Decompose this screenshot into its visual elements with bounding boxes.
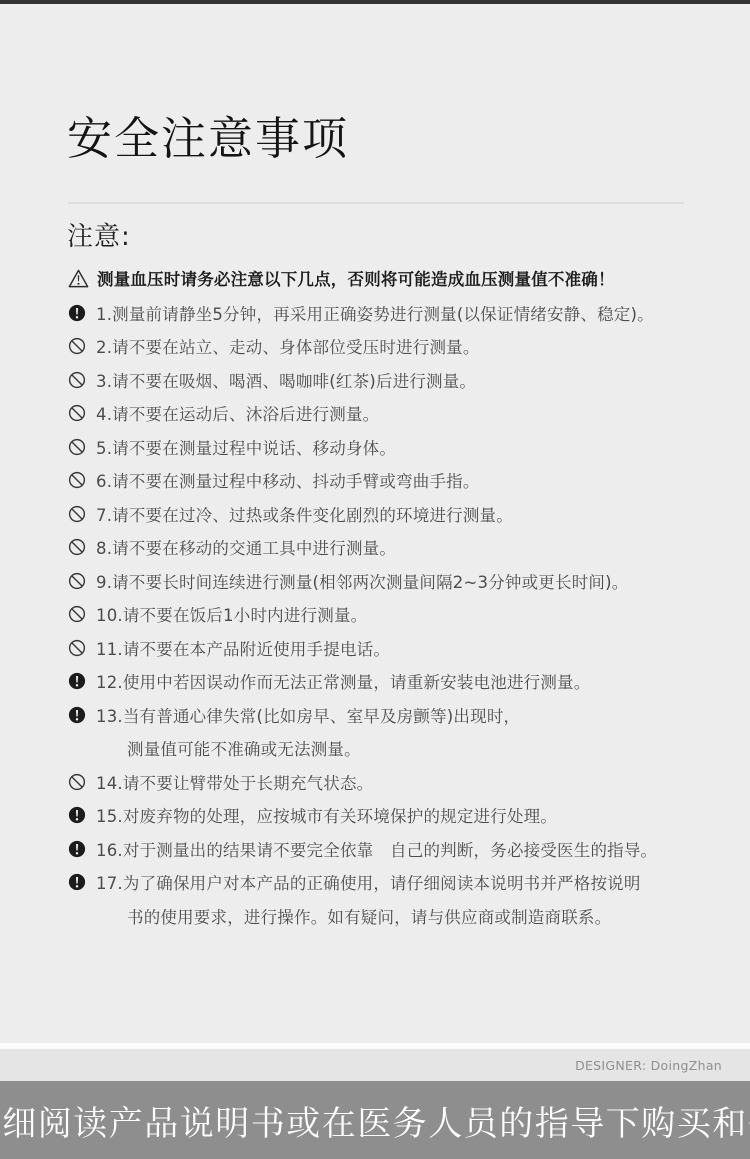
list-item-text: 9.请不要长时间连续进行测量(相邻两次测量间隔2~3分钟或更长时间)。 xyxy=(96,569,628,593)
list-item-text: 3.请不要在吸烟、喝酒、喝咖啡(红茶)后进行测量。 xyxy=(96,368,476,392)
list-item-continuation: 书的使用要求，进行操作。如有疑问，请与供应商或制造商联系。 xyxy=(68,899,716,933)
page-title: 安全注意事项 xyxy=(67,114,349,164)
list-item-text: 10.请不要在饭后1小时内进行测量。 xyxy=(96,602,367,626)
list-item: 17.为了确保用户对本产品的正确使用，请仔细阅读本说明书并严格按说明 xyxy=(68,866,716,900)
list-item-text: 11.请不要在本产品附近使用手提电话。 xyxy=(96,636,390,660)
list-item: 15.对废弃物的处理，应按城市有关环境保护的规定进行处理。 xyxy=(68,799,716,833)
list-item: 10.请不要在饭后1小时内进行测量。 xyxy=(68,598,716,632)
alert-circle-icon xyxy=(68,840,86,858)
list-item-text: 7.请不要在过冷、过热或条件变化剧烈的环境进行测量。 xyxy=(96,502,513,526)
prohibited-icon xyxy=(68,605,86,623)
list-item-text: 15.对废弃物的处理，应按城市有关环境保护的规定进行处理。 xyxy=(96,803,557,827)
designer-strip: DESIGNER: DoingZhan xyxy=(0,1049,750,1081)
alert-circle-icon xyxy=(68,672,86,690)
list-item-text: 14.请不要让臂带处于长期充气状态。 xyxy=(96,770,373,794)
list-item: 16.对于测量出的结果请不要完全依靠 自己的判断，务必接受医生的指导。 xyxy=(68,832,716,866)
list-item-text: 2.请不要在站立、走动、身体部位受压时进行测量。 xyxy=(96,334,480,358)
prohibited-icon xyxy=(68,337,86,355)
list-item-text: 13.当有普通心律失常(比如房早、室早及房颤等)出现时， xyxy=(96,703,520,727)
list-item: 1.测量前请静坐5分钟，再采用正确姿势进行测量(以保证情绪安静、稳定)。 xyxy=(68,296,716,330)
section-heading: 注意: xyxy=(67,222,131,253)
alert-circle-icon xyxy=(68,304,86,322)
list-item-text: 书的使用要求，进行操作。如有疑问，请与供应商或制造商联系。 xyxy=(127,904,611,928)
prohibited-icon xyxy=(68,438,86,456)
list-item-text: 测量值可能不准确或无法测量。 xyxy=(127,736,361,760)
alert-circle-icon xyxy=(68,806,86,824)
footer-text: 请仔细阅读产品说明书或在医务人员的指导下购买和使用 xyxy=(0,1096,750,1145)
list-item-text: 12.使用中若因误动作而无法正常测量，请重新安装电池进行测量。 xyxy=(96,669,590,693)
list-item: 3.请不要在吸烟、喝酒、喝咖啡(红茶)后进行测量。 xyxy=(68,363,716,397)
alert-circle-icon xyxy=(68,706,86,724)
prohibited-icon xyxy=(68,639,86,657)
precaution-list: 1.测量前请静坐5分钟，再采用正确姿势进行测量(以保证情绪安静、稳定)。2.请不… xyxy=(68,296,716,933)
list-item-text: 1.测量前请静坐5分钟，再采用正确姿势进行测量(以保证情绪安静、稳定)。 xyxy=(96,301,654,325)
list-item: 4.请不要在运动后、沐浴后进行测量。 xyxy=(68,397,716,431)
list-item-text: 6.请不要在测量过程中移动、抖动手臂或弯曲手指。 xyxy=(96,468,480,492)
title-divider xyxy=(68,202,684,204)
prohibited-icon xyxy=(68,471,86,489)
list-item-text: 16.对于测量出的结果请不要完全依靠 自己的判断，务必接受医生的指导。 xyxy=(96,837,657,861)
list-item-continuation: 测量值可能不准确或无法测量。 xyxy=(68,732,716,766)
warning-row: 测量血压时请务必注意以下几点，否则将可能造成血压测量值不准确！ xyxy=(68,266,698,290)
list-item-text: 4.请不要在运动后、沐浴后进行测量。 xyxy=(96,401,379,425)
alert-circle-icon xyxy=(68,873,86,891)
list-item: 12.使用中若因误动作而无法正常测量，请重新安装电池进行测量。 xyxy=(68,665,716,699)
prohibited-icon xyxy=(68,773,86,791)
list-item-text: 8.请不要在移动的交通工具中进行测量。 xyxy=(96,535,396,559)
top-strip xyxy=(0,0,750,4)
list-item: 14.请不要让臂带处于长期充气状态。 xyxy=(68,765,716,799)
list-item: 7.请不要在过冷、过热或条件变化剧烈的环境进行测量。 xyxy=(68,497,716,531)
prohibited-icon xyxy=(68,572,86,590)
list-item: 13.当有普通心律失常(比如房早、室早及房颤等)出现时， xyxy=(68,698,716,732)
list-item: 2.请不要在站立、走动、身体部位受压时进行测量。 xyxy=(68,330,716,364)
designer-credit: DESIGNER: DoingZhan xyxy=(575,1058,722,1073)
prohibited-icon xyxy=(68,505,86,523)
list-item: 11.请不要在本产品附近使用手提电话。 xyxy=(68,631,716,665)
footer-bar: 请仔细阅读产品说明书或在医务人员的指导下购买和使用 xyxy=(0,1081,750,1159)
list-item: 6.请不要在测量过程中移动、抖动手臂或弯曲手指。 xyxy=(68,464,716,498)
warning-triangle-icon xyxy=(68,268,89,289)
warning-text: 测量血压时请务必注意以下几点，否则将可能造成血压测量值不准确！ xyxy=(97,266,615,290)
list-item: 8.请不要在移动的交通工具中进行测量。 xyxy=(68,531,716,565)
list-item-text: 17.为了确保用户对本产品的正确使用，请仔细阅读本说明书并严格按说明 xyxy=(96,870,641,894)
prohibited-icon xyxy=(68,404,86,422)
list-item-text: 5.请不要在测量过程中说话、移动身体。 xyxy=(96,435,396,459)
prohibited-icon xyxy=(68,371,86,389)
prohibited-icon xyxy=(68,538,86,556)
list-item: 9.请不要长时间连续进行测量(相邻两次测量间隔2~3分钟或更长时间)。 xyxy=(68,564,716,598)
list-item: 5.请不要在测量过程中说话、移动身体。 xyxy=(68,430,716,464)
